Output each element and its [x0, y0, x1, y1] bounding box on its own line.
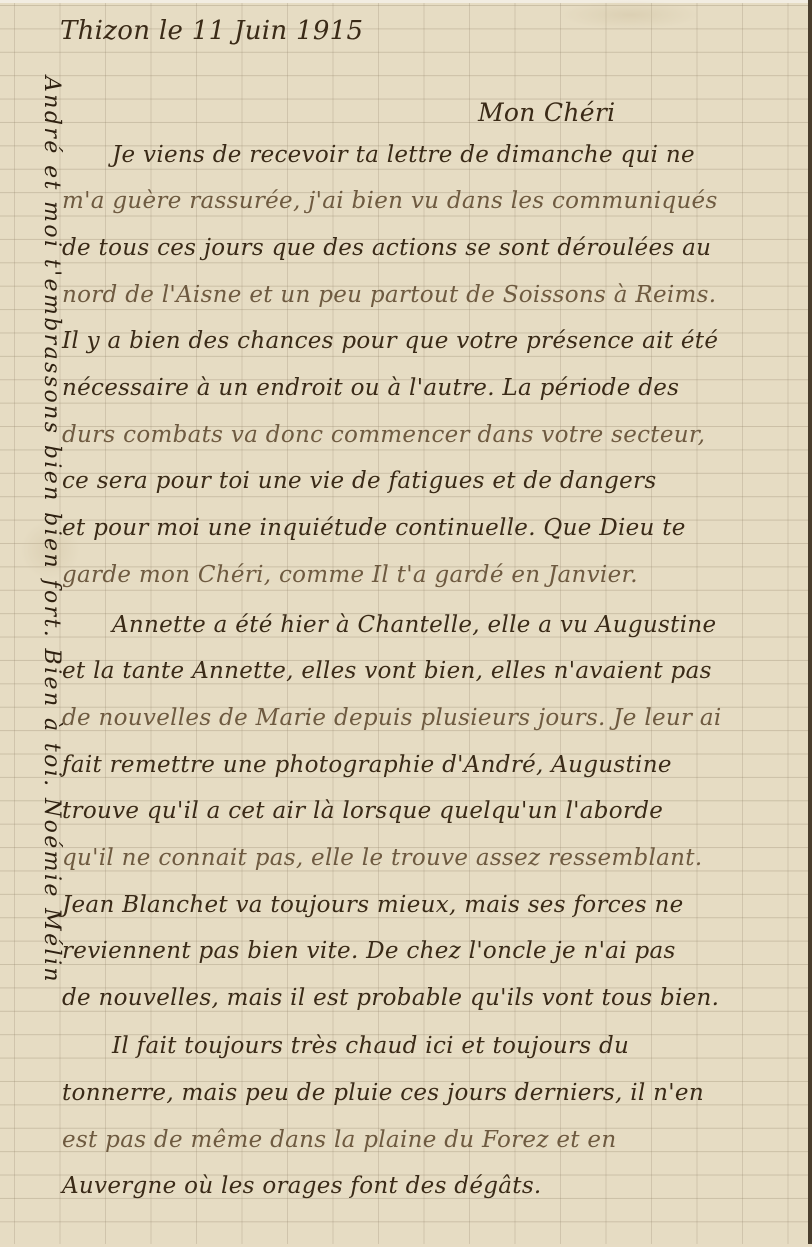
body-line: de nouvelles, mais il est probable qu'il… [62, 985, 719, 1011]
body-line: est pas de même dans la plaine du Forez … [62, 1127, 616, 1153]
body-line: Il y a bien des chances pour que votre p… [62, 328, 718, 354]
body-line: Je viens de recevoir ta lettre de dimanc… [112, 142, 695, 168]
body-line: et la tante Annette, elles vont bien, el… [62, 658, 712, 684]
body-line: m'a guère rassurée, j'ai bien vu dans le… [62, 188, 718, 214]
date-line: Thizon le 11 Juin 1915 [60, 16, 363, 46]
letter-page: Thizon le 11 Juin 1915 Mon Chéri Je vien… [0, 0, 812, 1244]
body-line: garde mon Chéri, comme Il t'a gardé en J… [62, 562, 638, 588]
body-line: Il fait toujours très chaud ici et toujo… [112, 1033, 629, 1059]
body-line: de tous ces jours que des actions se son… [62, 235, 711, 261]
salutation: Mon Chéri [478, 98, 615, 127]
body-line: de nouvelles de Marie depuis plusieurs j… [62, 705, 722, 731]
body-line: Annette a été hier à Chantelle, elle a v… [112, 612, 716, 638]
body-line: durs combats va donc commencer dans votr… [62, 422, 705, 448]
body-line: Auvergne où les orages font des dégâts. [62, 1173, 542, 1199]
body-line: trouve qu'il a cet air là lorsque quelqu… [62, 798, 663, 824]
body-line: Jean Blanchet va toujours mieux, mais se… [62, 892, 684, 918]
body-line: nécessaire à un endroit ou à l'autre. La… [62, 375, 679, 401]
margin-note-signature: André et moi t'embrassons bien bien fort… [39, 76, 64, 984]
paper-stain [560, 0, 700, 30]
body-line: et pour moi une inquiétude continuelle. … [62, 515, 686, 541]
body-line: nord de l'Aisne et un peu partout de Soi… [62, 282, 716, 308]
body-line: ce sera pour toi une vie de fatigues et … [62, 468, 656, 494]
body-line: qu'il ne connait pas, elle le trouve ass… [62, 845, 702, 871]
body-line: tonnerre, mais peu de pluie ces jours de… [62, 1080, 704, 1106]
body-line: reviennent pas bien vite. De chez l'oncl… [62, 938, 676, 964]
body-line: fait remettre une photographie d'André, … [62, 752, 672, 778]
